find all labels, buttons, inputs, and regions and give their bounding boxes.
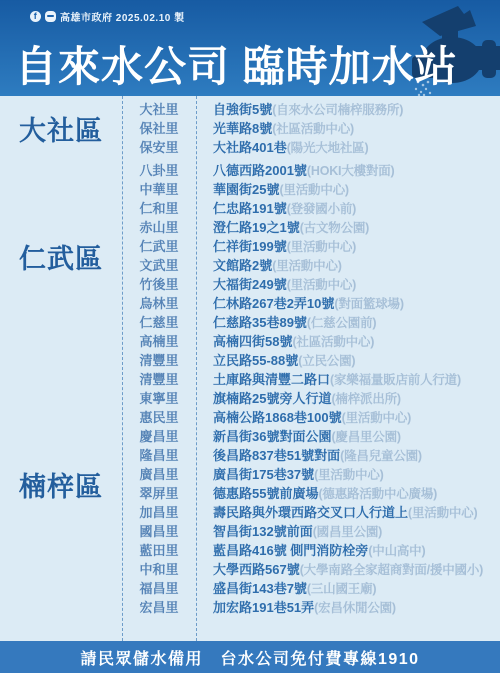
station-address-cell: 大學西路567號(大學南路全家超商對面/援中國小) xyxy=(196,560,500,579)
station-address: 大學西路567號 xyxy=(213,562,300,577)
station-address: 澄仁路19之1號 xyxy=(213,220,300,235)
station-note: (德惠路活動中心廣場) xyxy=(318,487,437,501)
station-note: (里活動中心) xyxy=(408,506,477,520)
village-name: 仁和里 xyxy=(122,199,196,218)
station-address-cell: 大福街249號(里活動中心) xyxy=(196,275,500,294)
station-address: 智昌街132號前面 xyxy=(213,524,313,539)
table-row: 宏昌里加宏路191巷51弄(宏昌休閒公園) xyxy=(122,598,500,617)
station-address-cell: 盛昌街143巷7號(三山國王廟) xyxy=(196,579,500,598)
station-note: (登發國小前) xyxy=(287,202,356,216)
station-address-cell: 土庫路與清豐二路口(家樂福量販店前人行道) xyxy=(196,370,500,389)
station-address: 高楠公路1868巷100號 xyxy=(213,410,342,425)
station-address-cell: 立民路55-88號(立民公園) xyxy=(196,351,500,370)
table-row: 文武里文館路2號(里活動中心) xyxy=(122,256,500,275)
district-section: 大社區大社里自強街5號(自來水公司楠梓服務所)保社里光華路8號(社區活動中心)保… xyxy=(0,96,500,161)
village-name: 清豐里 xyxy=(122,370,196,389)
station-address: 盛昌街143巷7號 xyxy=(213,581,307,596)
village-name: 廣昌里 xyxy=(122,465,196,484)
credit-text: 高雄市政府 2025.02.10 製 xyxy=(60,9,185,24)
station-note: (里活動中心) xyxy=(287,278,356,292)
table-row: 赤山里澄仁路19之1號(古文物公園) xyxy=(122,218,500,237)
station-address: 壽民路與外環西路交叉口人行道上 xyxy=(213,505,408,520)
station-note: (里活動中心) xyxy=(342,411,411,425)
station-note: (三山國王廟) xyxy=(307,582,376,596)
station-address-cell: 文館路2號(里活動中心) xyxy=(196,256,500,275)
village-name: 高楠里 xyxy=(122,332,196,351)
station-address-cell: 澄仁路19之1號(古文物公園) xyxy=(196,218,500,237)
table-row: 藍田里藍昌路416號 側門消防栓旁(中山高中) xyxy=(122,541,500,560)
table-row: 中和里大學西路567號(大學南路全家超商對面/援中國小) xyxy=(122,560,500,579)
station-note: (里活動中心) xyxy=(314,468,383,482)
footer-bar: 請民眾儲水備用 台水公司免付費專線1910 xyxy=(0,641,500,673)
station-address-cell: 智昌街132號前面(國昌里公園) xyxy=(196,522,500,541)
village-name: 保安里 xyxy=(122,138,196,157)
station-table: 大社區大社里自強街5號(自來水公司楠梓服務所)保社里光華路8號(社區活動中心)保… xyxy=(0,96,500,641)
village-name: 竹後里 xyxy=(122,275,196,294)
village-name: 國昌里 xyxy=(122,522,196,541)
table-row: 清豐里立民路55-88號(立民公園) xyxy=(122,351,500,370)
station-note: (對面籃球場) xyxy=(334,297,403,311)
station-address: 藍昌路416號 側門消防栓旁 xyxy=(213,543,368,558)
station-address: 自強街5號 xyxy=(213,102,272,117)
village-name: 福昌里 xyxy=(122,579,196,598)
station-note: (HOKI大樓對面) xyxy=(307,164,395,178)
station-note: (社區活動中心) xyxy=(272,122,354,136)
table-row: 八卦里八德西路2001號(HOKI大樓對面) xyxy=(122,161,500,180)
station-note: (里活動中心) xyxy=(272,259,341,273)
station-address-cell: 大社路401巷(陽光大地社區) xyxy=(196,138,500,157)
station-note: (國昌里公園) xyxy=(313,525,382,539)
district-name: 楠梓區 xyxy=(19,465,103,504)
village-name: 惠民里 xyxy=(122,408,196,427)
station-note: (里活動中心) xyxy=(287,240,356,254)
station-address: 加宏路191巷51弄 xyxy=(213,600,314,615)
credit-line: f 高雄市政府 2025.02.10 製 xyxy=(30,9,185,24)
table-row: 仁和里仁忠路191號(登發國小前) xyxy=(122,199,500,218)
station-address-cell: 高楠公路1868巷100號(里活動中心) xyxy=(196,408,500,427)
station-address-cell: 仁祥街199號(里活動中心) xyxy=(196,237,500,256)
table-row: 烏林里仁林路267巷2弄10號(對面籃球場) xyxy=(122,294,500,313)
poster-title: 自來水公司 臨時加水站 xyxy=(15,34,458,94)
station-note: (里活動中心) xyxy=(279,183,348,197)
table-row: 慶昌里新昌街36號對面公園(慶昌里公園) xyxy=(122,427,500,446)
village-name: 仁慈里 xyxy=(122,313,196,332)
village-name: 中和里 xyxy=(122,560,196,579)
station-address: 立民路55-88號 xyxy=(213,353,298,368)
table-row: 廣昌里廣昌街175巷37號(里活動中心) xyxy=(122,465,500,484)
station-address: 仁慈路35巷89號 xyxy=(213,315,307,330)
station-address: 廣昌街175巷37號 xyxy=(213,467,314,482)
station-address: 大福街249號 xyxy=(213,277,287,292)
village-name: 藍田里 xyxy=(122,541,196,560)
village-name: 八卦里 xyxy=(122,161,196,180)
station-rows: 八卦里八德西路2001號(HOKI大樓對面)中華里華園街25號(里活動中心)仁和… xyxy=(122,161,500,351)
station-address: 後昌路837巷51號對面 xyxy=(213,448,340,463)
station-address: 德惠路55號前廣場 xyxy=(213,486,318,501)
table-row: 清豐里土庫路與清豐二路口(家樂福量販店前人行道) xyxy=(122,370,500,389)
station-address-cell: 新昌街36號對面公園(慶昌里公園) xyxy=(196,427,500,446)
station-address: 仁祥街199號 xyxy=(213,239,287,254)
village-name: 隆昌里 xyxy=(122,446,196,465)
station-note: (楠梓派出所) xyxy=(331,392,400,406)
station-address: 高楠四街58號 xyxy=(213,334,292,349)
station-address-cell: 仁慈路35巷89號(仁慈公園前) xyxy=(196,313,500,332)
district-section: 仁武區八卦里八德西路2001號(HOKI大樓對面)中華里華園街25號(里活動中心… xyxy=(0,161,500,351)
station-address-cell: 自強街5號(自來水公司楠梓服務所) xyxy=(196,100,500,119)
station-note: (社區活動中心) xyxy=(292,335,374,349)
village-name: 大社里 xyxy=(122,100,196,119)
district-name: 大社區 xyxy=(19,109,103,148)
station-address-cell: 仁林路267巷2弄10號(對面籃球場) xyxy=(196,294,500,313)
station-note: (隆昌兒童公園) xyxy=(340,449,422,463)
line-icon xyxy=(45,11,56,22)
table-row: 惠民里高楠公路1868巷100號(里活動中心) xyxy=(122,408,500,427)
station-address-cell: 八德西路2001號(HOKI大樓對面) xyxy=(196,161,500,180)
district-name: 仁武區 xyxy=(19,237,103,276)
district-cell: 大社區 xyxy=(0,100,122,157)
station-address-cell: 旗楠路25號旁人行道(楠梓派出所) xyxy=(196,389,500,408)
facebook-icon: f xyxy=(30,11,41,22)
station-note: (陽光大地社區) xyxy=(287,141,369,155)
station-note: (仁慈公園前) xyxy=(307,316,376,330)
table-row: 大社里自強街5號(自來水公司楠梓服務所) xyxy=(122,100,500,119)
station-rows: 清豐里立民路55-88號(立民公園)清豐里土庫路與清豐二路口(家樂福量販店前人行… xyxy=(122,351,500,617)
footer-hotline-text: 請民眾儲水備用 台水公司免付費專線1910 xyxy=(80,646,419,669)
station-address-cell: 高楠四街58號(社區活動中心) xyxy=(196,332,500,351)
district-cell: 仁武區 xyxy=(0,161,122,351)
station-address: 八德西路2001號 xyxy=(213,163,307,178)
village-name: 慶昌里 xyxy=(122,427,196,446)
village-name: 東寧里 xyxy=(122,389,196,408)
station-note: (宏昌休閒公園) xyxy=(314,601,396,615)
village-name: 赤山里 xyxy=(122,218,196,237)
station-address: 旗楠路25號旁人行道 xyxy=(213,391,331,406)
station-address: 土庫路與清豐二路口 xyxy=(213,372,330,387)
table-row: 保社里光華路8號(社區活動中心) xyxy=(122,119,500,138)
station-note: (古文物公園) xyxy=(300,221,369,235)
table-row: 高楠里高楠四街58號(社區活動中心) xyxy=(122,332,500,351)
station-address: 仁忠路191號 xyxy=(213,201,287,216)
table-row: 加昌里壽民路與外環西路交叉口人行道上(里活動中心) xyxy=(122,503,500,522)
table-row: 仁慈里仁慈路35巷89號(仁慈公園前) xyxy=(122,313,500,332)
table-row: 隆昌里後昌路837巷51號對面(隆昌兒童公園) xyxy=(122,446,500,465)
station-address-cell: 德惠路55號前廣場(德惠路活動中心廣場) xyxy=(196,484,500,503)
table-row: 仁武里仁祥街199號(里活動中心) xyxy=(122,237,500,256)
station-rows: 大社里自強街5號(自來水公司楠梓服務所)保社里光華路8號(社區活動中心)保安里大… xyxy=(122,100,500,157)
table-row: 國昌里智昌街132號前面(國昌里公園) xyxy=(122,522,500,541)
station-address-cell: 光華路8號(社區活動中心) xyxy=(196,119,500,138)
village-name: 烏林里 xyxy=(122,294,196,313)
station-note: (家樂福量販店前人行道) xyxy=(330,373,461,387)
station-note: (中山高中) xyxy=(368,544,425,558)
station-note: (大學南路全家超商對面/援中國小) xyxy=(300,563,483,577)
station-address: 新昌街36號對面公園 xyxy=(213,429,331,444)
village-name: 保社里 xyxy=(122,119,196,138)
station-note: (立民公園) xyxy=(298,354,355,368)
village-name: 宏昌里 xyxy=(122,598,196,617)
district-section: 楠梓區清豐里立民路55-88號(立民公園)清豐里土庫路與清豐二路口(家樂福量販店… xyxy=(0,351,500,617)
station-address: 光華路8號 xyxy=(213,121,272,136)
station-note: (自來水公司楠梓服務所) xyxy=(272,103,403,117)
village-name: 中華里 xyxy=(122,180,196,199)
station-note: (慶昌里公園) xyxy=(331,430,400,444)
station-address-cell: 後昌路837巷51號對面(隆昌兒童公園) xyxy=(196,446,500,465)
station-address: 華園街25號 xyxy=(213,182,279,197)
table-row: 翠屏里德惠路55號前廣場(德惠路活動中心廣場) xyxy=(122,484,500,503)
station-address: 文館路2號 xyxy=(213,258,272,273)
station-address: 仁林路267巷2弄10號 xyxy=(213,296,334,311)
station-address-cell: 廣昌街175巷37號(里活動中心) xyxy=(196,465,500,484)
station-address-cell: 加宏路191巷51弄(宏昌休閒公園) xyxy=(196,598,500,617)
station-address-cell: 華園街25號(里活動中心) xyxy=(196,180,500,199)
station-address-cell: 藍昌路416號 側門消防栓旁(中山高中) xyxy=(196,541,500,560)
village-name: 翠屏里 xyxy=(122,484,196,503)
poster-header: f 高雄市政府 2025.02.10 製 自來水公司 臨時加水站 xyxy=(0,0,500,96)
table-row: 東寧里旗楠路25號旁人行道(楠梓派出所) xyxy=(122,389,500,408)
district-cell: 楠梓區 xyxy=(0,351,122,617)
village-name: 加昌里 xyxy=(122,503,196,522)
village-name: 仁武里 xyxy=(122,237,196,256)
table-row: 福昌里盛昌街143巷7號(三山國王廟) xyxy=(122,579,500,598)
village-name: 清豐里 xyxy=(122,351,196,370)
table-row: 保安里大社路401巷(陽光大地社區) xyxy=(122,138,500,157)
table-row: 中華里華園街25號(里活動中心) xyxy=(122,180,500,199)
table-row: 竹後里大福街249號(里活動中心) xyxy=(122,275,500,294)
station-address-cell: 仁忠路191號(登發國小前) xyxy=(196,199,500,218)
village-name: 文武里 xyxy=(122,256,196,275)
station-address-cell: 壽民路與外環西路交叉口人行道上(里活動中心) xyxy=(196,503,500,522)
station-address: 大社路401巷 xyxy=(213,140,287,155)
